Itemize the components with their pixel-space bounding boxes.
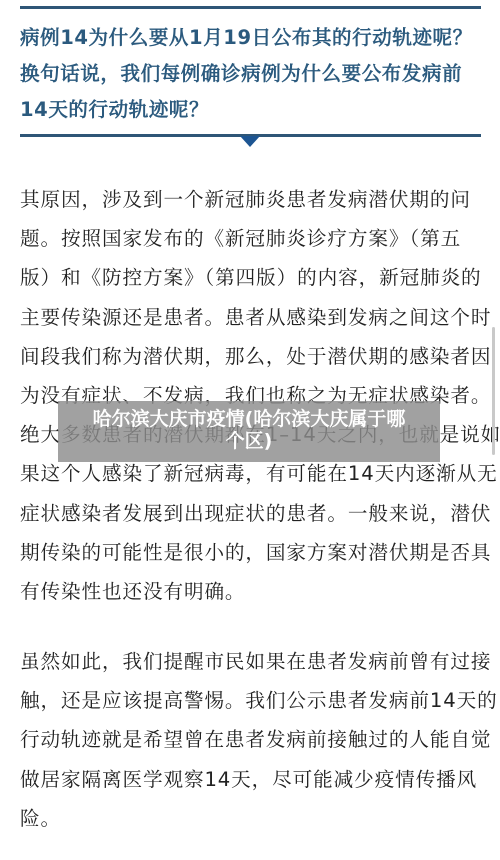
overlay-title-line: 个区) xyxy=(58,430,440,452)
article-paragraph-1: 其原因，涉及到一个新冠肺炎患者发病潜伏期的问 题。按照国家发布的《新冠肺炎诊疗方… xyxy=(20,180,485,611)
header-title-line: 病例14为什么要从1月19日公布其的行动轨迹呢？ xyxy=(20,20,485,56)
vertical-scrollbar[interactable] xyxy=(492,327,495,455)
text-line: 行动轨迹就是希望曾在患者发病前接触过的人能自觉 xyxy=(20,720,485,759)
text-line: 症状感染者发展到出现症状的患者。一般来说，潜伏 xyxy=(20,494,485,533)
text-line: 期传染的可能性是很小的，国家方案对潜伏期是否具 xyxy=(20,533,485,572)
down-triangle-icon xyxy=(240,136,260,147)
header-top-rule xyxy=(20,6,481,9)
text-line: 版）和《防控方案》（第四版）的内容，新冠肺炎的 xyxy=(20,258,485,297)
text-line: 其原因，涉及到一个新冠肺炎患者发病潜伏期的问 xyxy=(20,180,485,219)
text-line: 主要传染源还是患者。患者从感染到发病之间这个时 xyxy=(20,298,485,337)
header-title-line: 14天的行动轨迹呢？ xyxy=(20,92,485,128)
header-title: 病例14为什么要从1月19日公布其的行动轨迹呢？ 换句话说，我们每例确诊病例为什… xyxy=(20,20,485,128)
overlay-title-line: 哈尔滨大庆市疫情(哈尔滨大庆属于哪 xyxy=(58,408,440,430)
text-line: 险。 xyxy=(20,799,485,838)
text-line: 触，还是应该提高警惕。我们公示患者发病前14天的 xyxy=(20,681,485,720)
text-line: 题。按照国家发布的《新冠肺炎诊疗方案》（第五 xyxy=(20,219,485,258)
text-line: 有传染性也还没有明确。 xyxy=(20,572,485,611)
text-line: 虽然如此，我们提醒市民如果在患者发病前曾有过接 xyxy=(20,642,485,681)
question-header: 病例14为什么要从1月19日公布其的行动轨迹呢？ 换句话说，我们每例确诊病例为什… xyxy=(0,0,500,150)
title-overlay-banner: 哈尔滨大庆市疫情(哈尔滨大庆属于哪 个区) xyxy=(58,401,440,462)
article-paragraph-2: 虽然如此，我们提醒市民如果在患者发病前曾有过接 触，还是应该提高警惕。我们公示患… xyxy=(20,642,485,838)
text-line: 间段我们称为潜伏期，那么，处于潜伏期的感染者因 xyxy=(20,337,485,376)
header-title-line: 换句话说，我们每例确诊病例为什么要公布发病前 xyxy=(20,56,485,92)
text-line: 做居家隔离医学观察14天，尽可能减少疫情传播风 xyxy=(20,760,485,799)
